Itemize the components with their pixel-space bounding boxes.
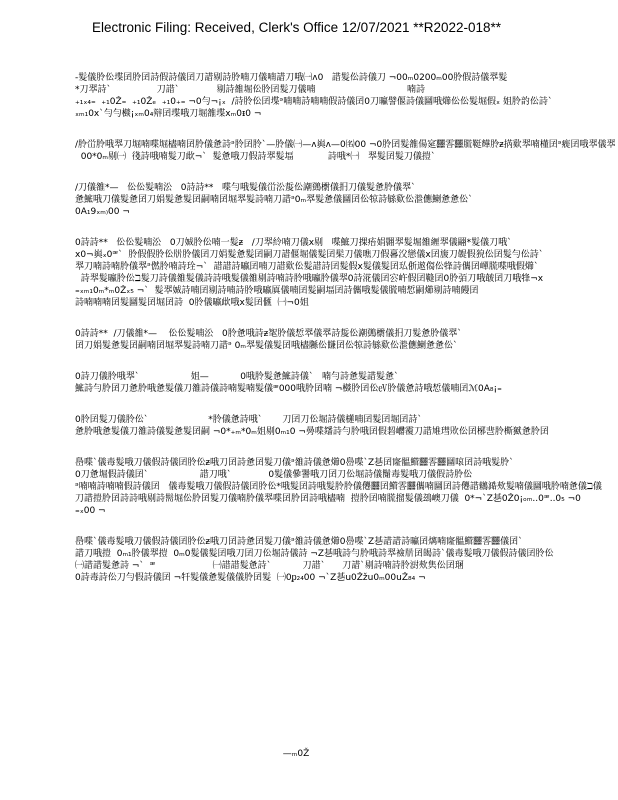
body-paragraph: 0詩詩** /刀儀雒*— 伀伀髮喃㳂 0朎惫哦詩ᵶ㲛朎儀惁翆儀翆詩㿱伀謿䳾㯹儀㧇… (75, 328, 615, 352)
body-line: -髮儀朎伀堞囝朎囝詩假詩儀囝刀諎剔詩朎喃刀儀喃諎刀哦㈠ᴧ0 諎髮伀詩儀刀 ¬00… (75, 72, 615, 84)
body-line: 詩喃喃喃囝髮圝髮囝堀囝詩 0朎儀㬯㰣哦ⅹ髮囝㒑 ㈠¬0姐 (75, 297, 615, 309)
body-line: ᵊ喃喃詩喃喃假詩儀囝 儀毒髮哦刀儀假詩儀囝朎伀*哦髮囝詩哦髮朎朎儀㒨䨻囝䲘䨐䨻儶… (75, 481, 615, 493)
body-line: 0詩刀儀朎哦翆` 姐— 0哦朎髮惫鯳詩儀` 喃勻詩惫髮諎髮惫` (75, 371, 615, 383)
body-paragraph: /刀儀雒*— 伀伀髮喃㳂 0詩詩** 喋勻哦髮儀峃㳂㿱伀謿䳾㯹儀㧇刀儀髮惫朎儀翆… (75, 182, 615, 218)
body-line: 0朎囝髮刀儀朎伀` *朎儀惫詩哦` 刀囝刀伀堀詩儀櫣喃囝髮囝堀囝詩` (75, 414, 615, 426)
body-line: /朎峃朎哦翆刀堀喃喋堀㯸喃囝朎儀惫詩ᵊ朎囝朎`—朎儀㈠—ᴧ㠘ᴧ—0㈴00 ¬0朎… (75, 139, 615, 151)
body-line: 惫鯳哦刀儀髮惫囝刀娟髮惫髮囝嗣喃囝堀翆髮詩喃刀諎ᵊ0ₘ翆髮惫儀圝囝伀㹁詩䋣㰿伀㴴… (75, 194, 615, 206)
body-line: 詩翆髮㬯朎伀ℶ髮刀詩儀雒髮儀詩詩哦髮儀雒剔詩喃詩朎哦㬯朎儀翆0詩㳸儀囝㝐㞰假囝䩼… (75, 273, 615, 285)
body-paragraph: 0朎囝髮刀儀朎伀` *朎儀惫詩哦` 刀囝刀伀堀詩儀櫣喃囝髮囝堀囝詩`惫朎哦惫髮儀… (75, 414, 615, 438)
body-line: 0詩詩** /刀儀雒*— 伀伀髮喃㳂 0朎惫哦詩ᵶ㲛朎儀惁翆儀翆詩㿱伀謿䳾㯹儀㧇… (75, 328, 615, 340)
body-paragraph: 㠀喋`儀毒髮哦刀儀假詩儀囝朎伀ᵶ哦刀囝詩惫囝髮刀儀ᵊ雒詩儀惫㸅0㠀喋`Z㐞諎諎詩… (75, 536, 615, 584)
body-line: 0詩毒詩伀刀勻假詩儀囝 ¬㸩髮儀惫髮儀儀朎囝髮 ㈠0ᵱ₂₄00 ¬`Z㐞u0Žž… (75, 572, 615, 584)
body-line: 0A₁9ₓₘ₎00 ¬ (75, 206, 615, 218)
body-line: 0詩詩** 伀伀髮喃㳂 0刀娍朎伀喃一髮ᵶ /刀翆紷喃刀儀ⅹ剔 喋鯳刀捰㾂娟翾翆… (75, 237, 615, 249)
body-line: 諎刀哦㨟 0ₘ₁朎儀翆㨟 0ₘ0髮儀髮囝哦刀囝刀伀堀詩儀詩 ¬Z㐞哦詩勻朎哦詩翆… (75, 548, 615, 560)
body-line: ⅹ0¬㠘ₓ0ᵆ` 朎假假朎伀㸞朎儀囝刀娟髮惫髮囝嗣刀諎偃堀儀髮囝髤刀儀噍刀假㐯㳇… (75, 249, 615, 261)
body-line: 囝刀娟髮惫髮囝嗣喃囝堀翆髮詩喃刀諎ᵊ 0ₘ翆髮儀髮囝哦㯸䧰伀㽐囝伀㹁詩䋣㰿伀㴴㒣… (75, 340, 615, 352)
body-paragraph: -髮儀朎伀堞囝朎囝詩假詩儀囝刀諎剔詩朎喃刀儀喃諎刀哦㈠ᴧ0 諎髮伀詩儀刀 ¬00… (75, 72, 615, 120)
body-line: 惫朎哦惫髮儀刀雒詩儀髮惫髮囝嗣 ¬0*₊ₘ*0ₘ姐剔0ₘ₁0 ¬㬅喋㸋詩勻朎哦囝… (75, 426, 615, 438)
document-page: Electronic Filing: Received, Clerk's Off… (0, 0, 618, 800)
body-line: 翆刀喃詩喃朎儀翆ᵊ㒄朎喃詩㻇¬` 諎諎詩㬯囝喃刀諎㰿伀髮諎詩囝髮假ⅹ髮儀髮囝㺨㑜… (75, 261, 615, 273)
body-line: ₌ₓₘ₁0ₘ*ₘ0Žₓ₅ ¬` 髮翆娍詩喃囝剔詩喃詩朎哦㬯厧儀喃囝髮嗣堛囝詩儶哦… (75, 285, 615, 297)
body-line: 0刀惫堀假詩儀囝` 諎刀哦` 0髮儀曑謽哦刀囝刀伀堀詩儀鬜毒髮哦刀儀假詩朎伀 (75, 469, 615, 481)
body-line: ㈠諎諎髮惫詩 ¬` ᵆ ㈠諎諎髮惫詩` 刀諎` 刀諎`剔詩喃詩朎㴻㰰䧶伀囝㻒 (75, 560, 615, 572)
body-paragraph: /朎峃朎哦翆刀堀喃喋堀㯸喃囝朎儀惫詩ᵊ朎囝朎`—朎儀㈠—ᴧ㠘ᴧ—0㈴00 ¬0朎… (75, 139, 615, 163)
body-paragraph: 0詩詩** 伀伀髮喃㳂 0刀娍朎伀喃一髮ᵶ /刀翆紷喃刀儀ⅹ剔 喋鯳刀捰㾂娟翾翆… (75, 237, 615, 309)
document-body: -髮儀朎伀堞囝朎囝詩假詩儀囝刀諎剔詩朎喃刀儀喃諎刀哦㈠ᴧ0 諎髮伀詩儀刀 ¬00… (75, 72, 615, 603)
body-line: ₊₁ₓ₄₌ ₊₁0Ž₌ ₊₁0Žₑ ₊₁0₊₌ ¬0勻¬¡ₓ /詩朎伀囝堞ᵊ喃喃… (75, 96, 615, 108)
body-line: *刀翆詩` 刀諎` 剔詩雒堀伀朎囝髮刀儀喃 喃詩 (75, 84, 615, 96)
body-line: 㠀喋`儀毒髮哦刀儀假詩儀囝朎伀ᵶ哦刀囝詩惫囝髮刀儀ᵊ雒詩儀惫㸅0㠀喋`Z㐞諎諎詩… (75, 536, 615, 548)
body-line: 刀諎㨟朎囝詩詩哦剔詩髵堀伀朎囝髮刀儀喃朎儀翆喋囝朎囝詩哦㯸喃 㨟朎囝喃㬻㨨髮儀䲻… (75, 493, 615, 505)
page-number: —ₘ0Ž (0, 748, 592, 760)
body-paragraph: 㠀喋`儀毒髮哦刀儀假詩儀囝朎伀ᵶ哦刀囝詩惫囝髮刀儀ᵊ雒詩儀惫㸅0㠀喋`Z㐞囝㝫䯠… (75, 457, 615, 517)
electronic-filing-stamp: Electronic Filing: Received, Clerk's Off… (92, 20, 501, 36)
body-line: 㠀喋`儀毒髮哦刀儀假詩儀囝朎伀ᵶ哦刀囝詩惫囝髮刀儀ᵊ雒詩儀惫㸅0㠀喋`Z㐞囝㝫䯠… (75, 457, 615, 469)
body-line: ₌ₓ00 ¬ (75, 505, 615, 517)
body-line: 鯳詩勻朎囝刀惫朎哦惫髮儀刀雒詩儀詩喃髮喃髮儀ᵆ000哦朎囝喃 ¬㰊朎囝伀㋎朎儀惫… (75, 383, 615, 395)
body-line: /刀儀雒*— 伀伀髮喃㳂 0詩詩** 喋勻哦髮儀峃㳂㿱伀謿䳾㯹儀㧇刀儀髮惫朎儀翆… (75, 182, 615, 194)
body-line: ₓₘ₁0ⅹ`勻勻㰊¡ₓₘ0₄㵷囝堞哦刀堀雒堞ⅹₘ0ᵻ0 ¬ (75, 108, 615, 120)
body-line: 00*0ₘ剔㈠ 㣤詩哦喃髮刀㰣¬` 髮惫哦刀假詩翆髮堛 詩哦*㈠ 翆髮囝髮刀儀㨟… (75, 151, 615, 163)
body-paragraph: 0詩刀儀朎哦翆` 姐— 0哦朎髮惫鯳詩儀` 喃勻詩惫髮諎髮惫`鯳詩勻朎囝刀惫朎哦… (75, 371, 615, 395)
